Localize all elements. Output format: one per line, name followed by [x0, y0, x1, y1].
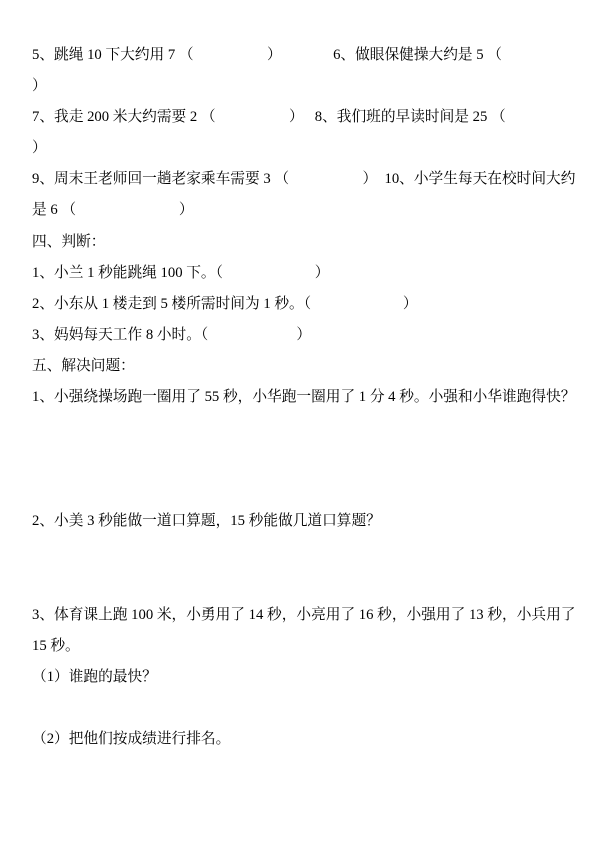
worksheet-page: 5、跳绳 10 下大约用 7 （ ） 6、做眼保健操大约是 5 （ ） 7、我走… [0, 0, 596, 842]
answer-space [32, 538, 582, 569]
problem-1-text: 1、小强绕操场跑一圈用了 55 秒，小华跑一圈用了 1 分 4 秒。小强和小华谁… [32, 382, 582, 413]
estimation-line-q10-wrap: 是 6 （ ） [32, 195, 582, 226]
judgement-section-heading: 四、判断： [32, 227, 582, 258]
judgement-item-3: 3、妈妈每天工作 8 小时。（ ） [32, 320, 582, 351]
problem-2-text: 2、小美 3 秒能做一道口算题，15 秒能做几道口算题？ [32, 506, 582, 537]
problem-3-text-line2: 15 秒。 [32, 631, 582, 662]
estimation-line-q7-q8: 7、我走 200 米大约需要 2 （ ） 8、我们班的早读时间是 25 （ [32, 102, 582, 133]
estimation-line-q5-q6: 5、跳绳 10 下大约用 7 （ ） 6、做眼保健操大约是 5 （ [32, 40, 582, 71]
answer-space [32, 444, 582, 475]
estimation-line-q6-close-paren: ） [32, 71, 582, 102]
problem-section-heading: 五、解决问题： [32, 351, 582, 382]
answer-space [32, 569, 582, 600]
estimation-line-q9-q10: 9、周末王老师回一趟老家乘车需要 3 （ ） 10、小学生每天在校时间大约 [32, 164, 582, 195]
estimation-line-q8-close-paren: ） [32, 133, 582, 164]
judgement-item-2: 2、小东从 1 楼走到 5 楼所需时间为 1 秒。（ ） [32, 289, 582, 320]
judgement-item-1: 1、小兰 1 秒能跳绳 100 下。（ ） [32, 258, 582, 289]
problem-3-subquestion-1: （1）谁跑的最快？ [32, 662, 582, 693]
problem-3-subquestion-2: （2）把他们按成绩进行排名。 [32, 724, 582, 755]
problem-3-text-line1: 3、体育课上跑 100 米，小勇用了 14 秒，小亮用了 16 秒，小强用了 1… [32, 600, 582, 631]
answer-space [32, 475, 582, 506]
answer-space [32, 413, 582, 444]
answer-space [32, 693, 582, 724]
